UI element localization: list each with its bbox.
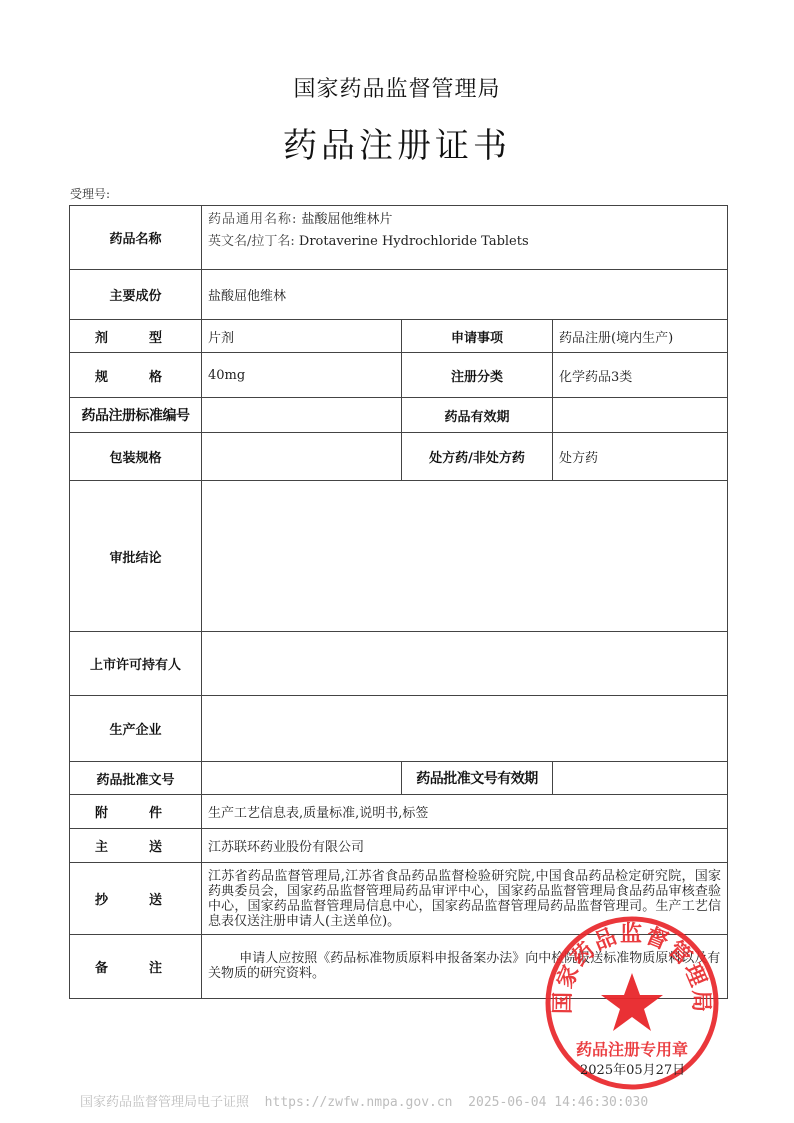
drug-name-value: 药品通用名称: 盐酸屈他维林片 英文名/拉丁名: Drotaverine Hyd… [202,206,728,270]
row-drug-name: 药品名称 药品通用名称: 盐酸屈他维林片 英文名/拉丁名: Drotaverin… [70,206,728,270]
attachments-label: 附 件 [70,795,202,829]
approval-number-validity-value [553,762,728,795]
row-cc: 抄 送 江苏省药品监督管理局,江苏省食品药品监督检验研究院,中国食品药品检定研究… [70,863,728,935]
main-recipient-value: 江苏联环药业股份有限公司 [202,829,728,863]
manufacturer-value [202,696,728,762]
registration-class-value: 化学药品3类 [553,353,728,398]
approval-conclusion-label: 审批结论 [70,481,202,632]
mah-label: 上市许可持有人 [70,632,202,696]
row-remarks: 备 注 申请人应按照《药品标准物质原料申报备案办法》向中检院报送标准物质原料以及… [70,935,728,999]
specification-value: 40mg [202,353,402,398]
approval-number-value [202,762,402,795]
shelf-life-value [553,398,728,433]
footer-timestamp: 2025-06-04 14:46:30:030 [468,1095,648,1110]
rx-otc-value: 处方药 [553,433,728,481]
cc-value: 江苏省药品监督管理局,江苏省食品药品监督检验研究院,中国食品药品检定研究院，国家… [202,863,728,935]
row-approval-number: 药品批准文号 药品批准文号有效期 [70,762,728,795]
row-main-ingredient: 主要成份 盐酸屈他维林 [70,270,728,320]
footer-watermark: 国家药品监督管理局电子证照 https://zwfw.nmpa.gov.cn 2… [80,1091,648,1110]
rx-otc-label: 处方药/非处方药 [402,433,553,481]
row-mah: 上市许可持有人 [70,632,728,696]
row-attachments: 附 件 生产工艺信息表,质量标准,说明书,标签 [70,795,728,829]
manufacturer-label: 生产企业 [70,696,202,762]
generic-name-prefix: 药品通用名称: [208,212,297,227]
english-name-line: 英文名/拉丁名: Drotaverine Hydrochloride Table… [208,231,721,253]
acceptance-number-label: 受理号: [70,185,110,202]
dosage-form-value: 片剂 [202,320,402,353]
row-main-recipient: 主 送 江苏联环药业股份有限公司 [70,829,728,863]
shelf-life-label: 药品有效期 [402,398,553,433]
agency-name: 国家药品监督管理局 [0,72,794,103]
english-name-prefix: 英文名/拉丁名: [208,234,295,249]
generic-name-line: 药品通用名称: 盐酸屈他维林片 [208,209,721,231]
row-specification: 规 格 40mg 注册分类 化学药品3类 [70,353,728,398]
issue-date: 2025年05月27日 [580,1059,685,1078]
row-manufacturer: 生产企业 [70,696,728,762]
english-name-value: Drotaverine Hydrochloride Tablets [299,234,529,249]
dosage-form-label: 剂 型 [70,320,202,353]
standard-number-value [202,398,402,433]
application-item-value: 药品注册(境内生产) [553,320,728,353]
row-packaging: 包装规格 处方药/非处方药 处方药 [70,433,728,481]
row-standard-number: 药品注册标准编号 药品有效期 [70,398,728,433]
standard-number-label: 药品注册标准编号 [70,398,202,433]
application-item-label: 申请事项 [402,320,553,353]
footer-source: 国家药品监督管理局电子证照 [80,1095,249,1110]
remarks-label: 备 注 [70,935,202,999]
cc-label: 抄 送 [70,863,202,935]
main-ingredient-label: 主要成份 [70,270,202,320]
approval-number-label: 药品批准文号 [70,762,202,795]
approval-conclusion-value [202,481,728,632]
main-recipient-label: 主 送 [70,829,202,863]
remarks-value: 申请人应按照《药品标准物质原料申报备案办法》向中检院报送标准物质原料以及有关物质… [202,935,728,999]
row-approval-conclusion: 审批结论 [70,481,728,632]
drug-name-label: 药品名称 [70,206,202,270]
mah-value [202,632,728,696]
packaging-value [202,433,402,481]
approval-number-validity-label: 药品批准文号有效期 [402,762,553,795]
main-ingredient-value: 盐酸屈他维林 [202,270,728,320]
registration-class-label: 注册分类 [402,353,553,398]
footer-url: https://zwfw.nmpa.gov.cn [265,1095,453,1110]
seal-inner-text: 药品注册专用章 [576,1040,688,1059]
attachments-value: 生产工艺信息表,质量标准,说明书,标签 [202,795,728,829]
specification-label: 规 格 [70,353,202,398]
generic-name-value: 盐酸屈他维林片 [302,212,393,227]
packaging-label: 包装规格 [70,433,202,481]
certificate-title: 药品注册证书 [0,118,794,167]
row-dosage-form: 剂 型 片剂 申请事项 药品注册(境内生产) [70,320,728,353]
certificate-table: 药品名称 药品通用名称: 盐酸屈他维林片 英文名/拉丁名: Drotaverin… [69,205,728,999]
